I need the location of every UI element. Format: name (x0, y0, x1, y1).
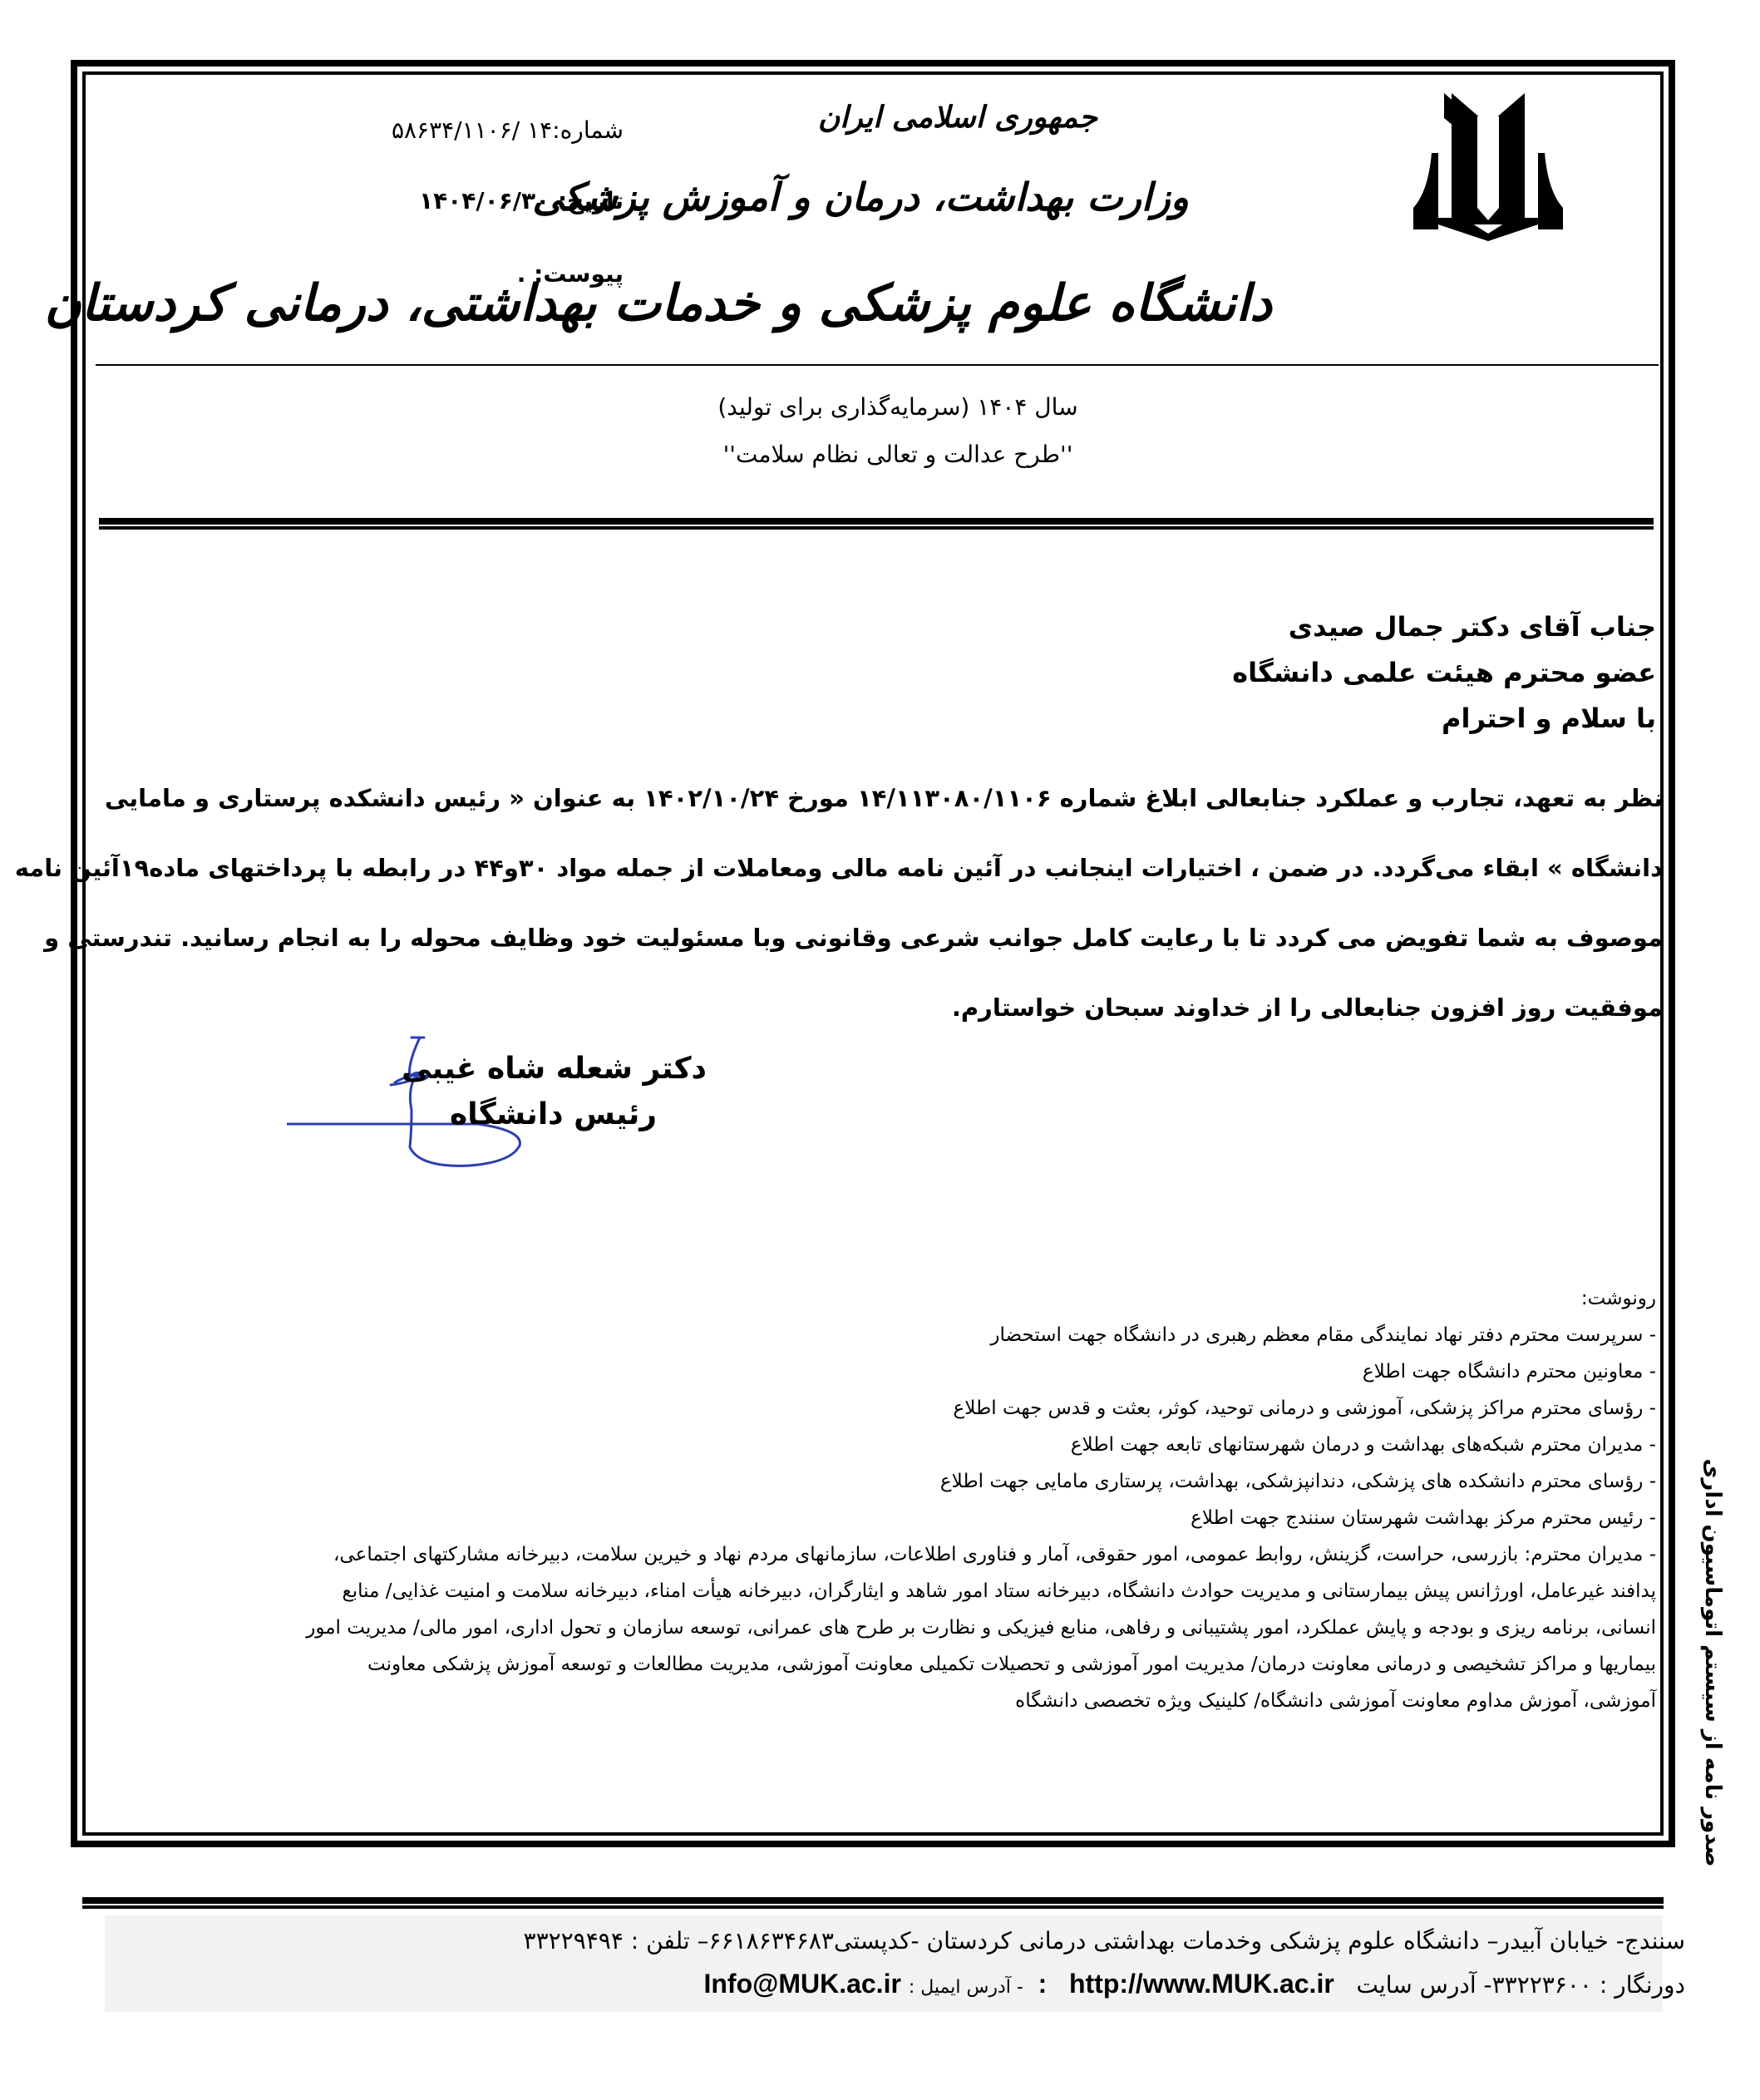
email-link[interactable]: Info@MUK.ac.ir (703, 1969, 900, 1999)
year-slogan: سال ۱۴۰۴ (سرمایه‌گذاری برای تولید) (648, 393, 1147, 421)
country-name: جمهوری اسلامی ایران (848, 100, 1097, 135)
signatory-name: دکتر شعله شاه غیبی (416, 1052, 707, 1086)
body-line-1: نظر به تعهد، تجارب و عملکرد جنابعالی ابل… (125, 763, 1663, 833)
university-name: دانشگاه علوم پزشکی و خدمات بهداشتی، درما… (673, 274, 1272, 333)
footer-address: سنندج- خیابان آبیدر– دانشگاه علوم پزشکی … (524, 1927, 1685, 1955)
automation-note-text: صدور نامه از سیستم اتوماسیون اداری (1700, 1459, 1725, 1867)
cc-item: - مدیران محترم: بازرسی، حراست، گزینش، رو… (110, 1536, 1656, 1573)
cc-item: - رؤسای محترم دانشکده های پزشکی، دندانپز… (110, 1463, 1656, 1500)
slogan-divider-thin (99, 526, 1654, 530)
fax-label: دورنگار : ۳۳۲۲۳۶۰۰- آدرس سایت (1356, 1971, 1685, 1999)
body-text: » ابقاء می‌گردد. در ضمن ، اختیارات اینجا… (15, 854, 1571, 882)
letter-date-label: تاریخ: (558, 187, 624, 214)
cc-item: انسانی، برنامه ریزی و بودجه و پایش عملکر… (110, 1610, 1656, 1646)
email-label: - آدرس ایمیل : (909, 1977, 1023, 1998)
footer-divider-thick (82, 1897, 1664, 1904)
greeting: با سلام و احترام (1442, 702, 1656, 734)
body-line-2: دانشگاه » ابقاء می‌گردد. در ضمن ، اختیار… (125, 833, 1663, 903)
appointment-title: رئیس دانشکده پرستاری و مامایی (105, 784, 500, 812)
cc-item: - معاونین محترم دانشگاه جهت اطلاع (110, 1353, 1656, 1390)
cc-item: - رؤسای محترم مراکز پزشکی، آموزشی و درما… (110, 1390, 1656, 1427)
body-text: نظر به تعهد، تجارب و عملکرد جنابعالی ابل… (500, 784, 1663, 812)
header-divider (96, 364, 1659, 366)
health-slogan: ''طرح عدالت و تعالی نظام سلامت'' (648, 441, 1147, 468)
letter-attachment: پیوست: . (316, 260, 624, 288)
signatory-title: رئیس دانشگاه (416, 1097, 657, 1131)
letter-number-label: شماره: (552, 116, 624, 144)
cc-item: - سرپرست محترم دفتر نهاد نمایندگی مقام م… (110, 1317, 1656, 1353)
cc-list: رونوشت: - سرپرست محترم دفتر نهاد نمایندگ… (110, 1280, 1656, 1719)
footer-divider-thin (82, 1905, 1664, 1909)
cc-item: پدافند غیرعامل، اورژانس پیش بیمارستانی و… (110, 1573, 1656, 1610)
ministry-name: وزارت بهداشت، درمان و آموزش پزشکی (773, 175, 1189, 219)
site-sep: : (1038, 1969, 1048, 1999)
letter-date-value: ۱۴۰۴/۰۶/۳۰ (419, 187, 550, 214)
cc-item: - مدیران محترم شبکه‌های بهداشت و درمان ش… (110, 1427, 1656, 1463)
letter-attachment-value: . (517, 260, 526, 288)
letter-attachment-label: پیوست: (534, 260, 624, 288)
slogan-divider-thick (99, 518, 1654, 525)
appointment-title-cont: دانشگاه (1571, 854, 1663, 882)
university-logo-icon (1397, 83, 1580, 241)
letter-body: نظر به تعهد، تجارب و عملکرد جنابعالی ابل… (125, 763, 1663, 1043)
addressee-name: جناب آقای دکتر جمال صیدی (1289, 611, 1656, 643)
footer-contacts: دورنگار : ۳۳۲۲۳۶۰۰- آدرس سایت : http://w… (703, 1969, 1685, 1999)
cc-item: - رئیس محترم مرکز بهداشت شهرستان سنندج ج… (110, 1500, 1656, 1536)
addressee-title: عضو محترم هیئت علمی دانشگاه (1232, 657, 1656, 688)
automation-note: صدور نامه از سیستم اتوماسیون اداری (1696, 1488, 1729, 1837)
letter-number-value: ۱۴ /۵۸۶۳۴/۱۱۰۶ (392, 116, 552, 144)
letter-number: شماره:۱۴ /۵۸۶۳۴/۱۱۰۶ (316, 116, 624, 144)
letter-date: تاریخ: ۱۴۰۴/۰۶/۳۰ (316, 187, 624, 214)
website-link[interactable]: http://www.MUK.ac.ir (1069, 1969, 1334, 1999)
cc-item: آموزشی، آموزش مداوم معاونت آموزشی دانشگا… (110, 1683, 1656, 1719)
cc-heading: رونوشت: (110, 1280, 1656, 1317)
body-line-3: موصوف به شما تفویض می کردد تا با رعایت ک… (125, 903, 1663, 973)
cc-item: بیماریها و مراکز تشخیصی و درمانی معاونت … (110, 1646, 1656, 1683)
